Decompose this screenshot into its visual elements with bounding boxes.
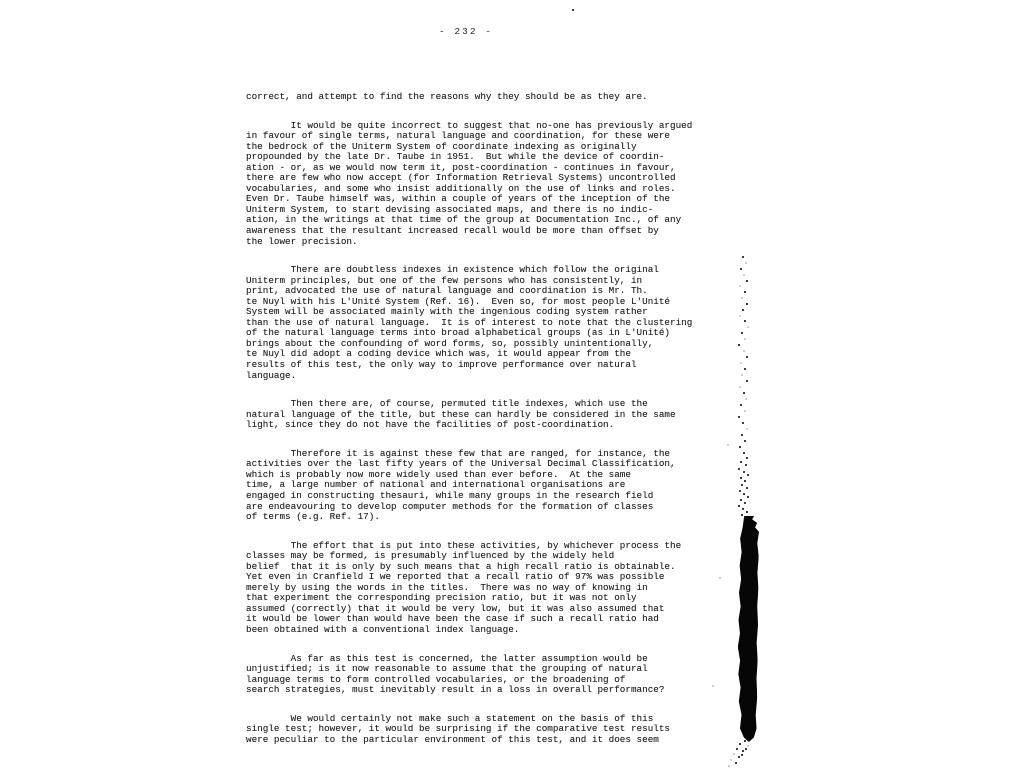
page-number: - 232 - [246,26,686,37]
scan-noise-speckles [0,0,2,2]
scan-ink-smudge [737,516,759,742]
paragraph: There are doubtless indexes in existence… [246,265,702,381]
paragraph: The effort that is put into these activi… [246,541,702,636]
paragraph: Therefore it is against these few that a… [246,449,702,523]
paragraph-continuation: correct, and attempt to find the reasons… [246,92,702,103]
scanned-document-page: - 232 - correct, and attempt to find the… [0,0,1024,768]
paragraph: As far as this test is concerned, the la… [246,654,702,696]
paragraph: Then there are, of course, permuted titl… [246,399,702,431]
paragraph: We would certainly not make such a state… [246,714,702,746]
paragraph: It would be quite incorrect to suggest t… [246,121,702,248]
body-text-column: correct, and attempt to find the reasons… [246,92,702,763]
